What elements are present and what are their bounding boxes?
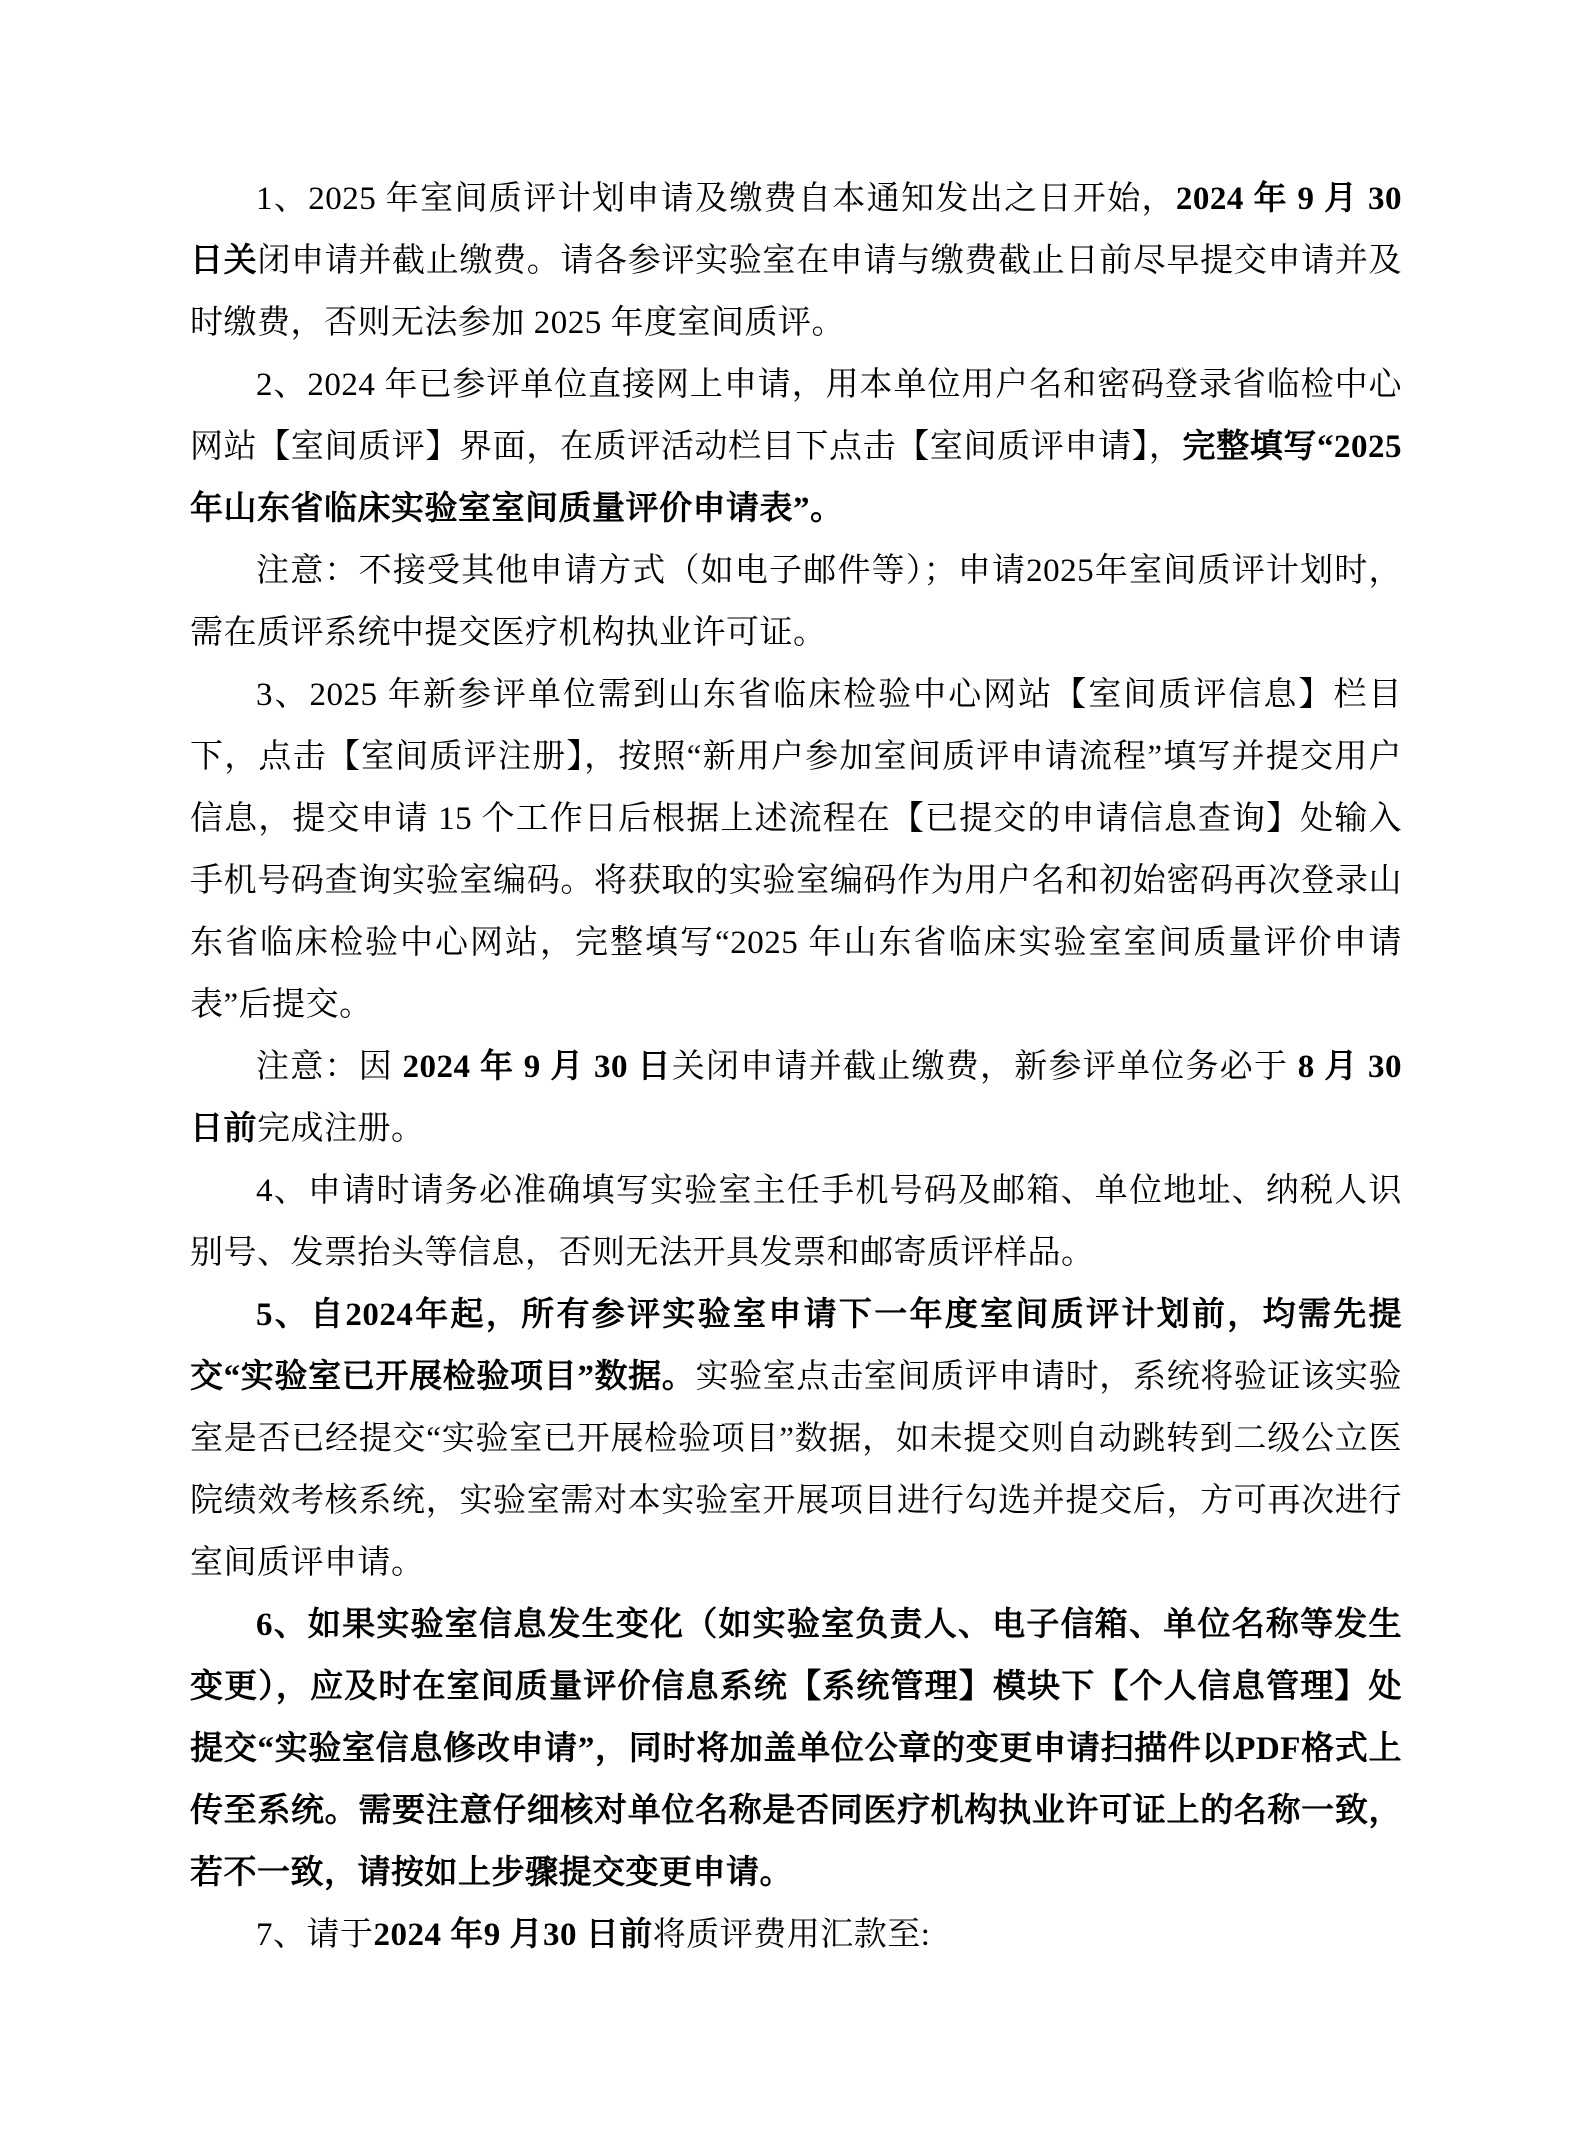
paragraph: 注意：不接受其他申请方式（如电子邮件等）；申请2025年室间质评计划时，需在质评…	[190, 540, 1402, 664]
paragraph: 3、2025 年新参评单位需到山东省临床检验中心网站【室间质评信息】栏目下，点击…	[190, 664, 1402, 1036]
text-run: 闭申请并截止缴费。请各参评实验室在申请与缴费截止日前尽早提交申请并及时缴费，否则…	[190, 243, 1402, 341]
document-page: 1、2025 年室间质评计划申请及缴费自本通知发出之日开始，2024 年 9 月…	[0, 0, 1588, 2154]
text-run: 3、2025 年新参评单位需到山东省临床检验中心网站【室间质评信息】栏目下，点击…	[190, 677, 1402, 1023]
paragraph: 注意：因 2024 年 9 月 30 日关闭申请并截止缴费，新参评单位务必于 8…	[190, 1036, 1402, 1160]
text-run-bold: 6、如果实验室信息发生变化（如实验室负责人、电子信箱、单位名称等发生变更），应及…	[190, 1607, 1402, 1891]
text-run: 4、申请时请务必准确填写实验室主任手机号码及邮箱、单位地址、纳税人识别号、发票抬…	[190, 1173, 1402, 1271]
text-run-bold: 2024 年 9 月 30 日	[403, 1049, 672, 1085]
text-run: 注意：因	[256, 1049, 403, 1085]
paragraph: 4、申请时请务必准确填写实验室主任手机号码及邮箱、单位地址、纳税人识别号、发票抬…	[190, 1160, 1402, 1284]
text-run: 关闭申请并截止缴费，新参评单位务必于	[672, 1049, 1298, 1085]
paragraph: 2、2024 年已参评单位直接网上申请，用本单位用户名和密码登录省临检中心网站【…	[190, 354, 1402, 540]
text-run: 1、2025 年室间质评计划申请及缴费自本通知发出之日开始，	[256, 181, 1176, 217]
text-run: 将质评费用汇款至:	[653, 1917, 931, 1953]
paragraph: 6、如果实验室信息发生变化（如实验室负责人、电子信箱、单位名称等发生变更），应及…	[190, 1594, 1402, 1904]
text-run: 7、请于	[256, 1917, 374, 1953]
text-run: 注意：不接受其他申请方式（如电子邮件等）；申请2025年室间质评计划时，需在质评…	[190, 553, 1402, 651]
paragraph: 1、2025 年室间质评计划申请及缴费自本通知发出之日开始，2024 年 9 月…	[190, 168, 1402, 354]
paragraph: 7、请于2024 年9 月30 日前将质评费用汇款至:	[190, 1904, 1402, 1966]
text-run-bold: 2024 年9 月30 日前	[374, 1917, 653, 1953]
text-run: 完成注册。	[257, 1111, 425, 1147]
document-body: 1、2025 年室间质评计划申请及缴费自本通知发出之日开始，2024 年 9 月…	[190, 168, 1402, 1966]
paragraph: 5、自2024年起，所有参评实验室申请下一年度室间质评计划前，均需先提交“实验室…	[190, 1284, 1402, 1594]
